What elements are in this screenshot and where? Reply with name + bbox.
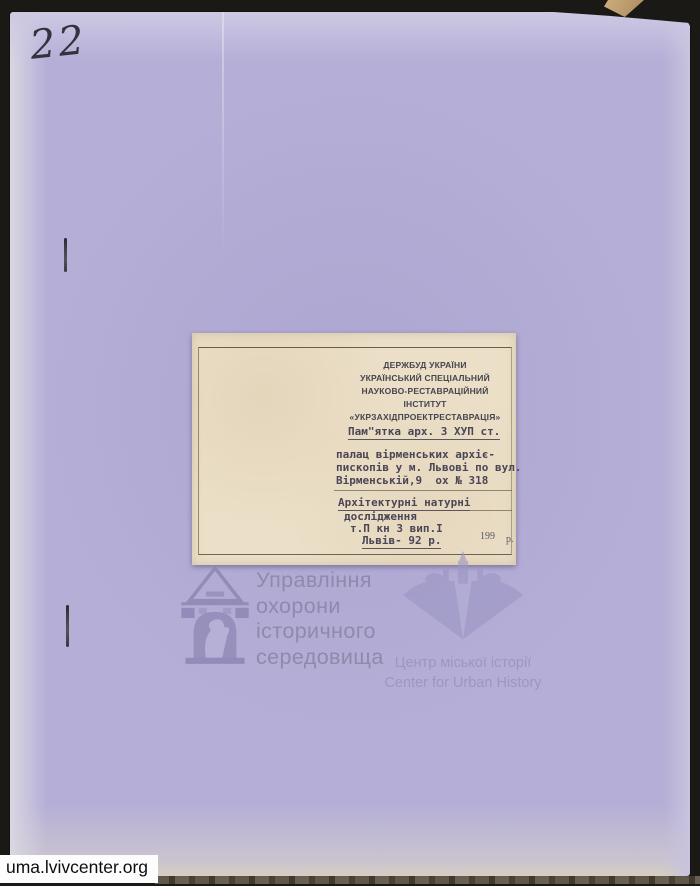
institute-label: ДЕРЖБУД УКРАЇНИ УКРАЇНСЬКИЙ СПЕЦІАЛЬНИЙ … (192, 333, 516, 565)
scanned-document: 22 ДЕРЖБУД УКРАЇНИ УКРАЇНСЬКИЙ СПЕЦІАЛЬН… (0, 0, 700, 886)
typed-work-text: Архітектурні натурні (338, 496, 470, 511)
staple-mark-top (64, 238, 67, 272)
typed-city-year: Львів- 92 р. (362, 535, 441, 547)
typed-title: Пам"ятка арх. З ХУП ст. (348, 426, 500, 438)
printed-year-suffix: р. (506, 534, 514, 545)
header-line: «УКРЗАХІДПРОЕКТРЕСТАВРАЦІЯ» (320, 411, 530, 424)
watermark-line: історичного (256, 619, 384, 645)
typed-city-year-text: Львів- 92 р. (362, 534, 441, 549)
header-line: ІНСТИТУТ (320, 398, 530, 411)
watermark-line: Center for Urban History (368, 673, 558, 693)
typed-object-line: палац вірменських архіє- (336, 449, 495, 461)
cover-page: 22 ДЕРЖБУД УКРАЇНИ УКРАЇНСЬКИЙ СПЕЦІАЛЬН… (10, 12, 690, 876)
printed-rule-line (334, 490, 512, 491)
handwritten-page-number: 22 (28, 17, 89, 69)
typed-title-text: Пам"ятка арх. З ХУП ст. (348, 425, 500, 440)
header-line: ДЕРЖБУД УКРАЇНИ (320, 359, 530, 372)
heritage-office-logo-icon (176, 566, 254, 668)
typed-object-line: пископів у м. Львові по вул. (336, 462, 521, 474)
paper-crease (222, 12, 224, 262)
printed-rule-line (470, 510, 512, 511)
printed-year-blank: 199 (480, 531, 495, 542)
source-watermark-label: uma.lvivcenter.org (0, 855, 158, 883)
header-line: НАУКОВО-РЕСТАВРАЦІЙНИЙ (320, 385, 530, 398)
urban-history-watermark: Центр міської історії Center for Urban H… (368, 548, 558, 693)
typed-work-line: Архітектурні натурні (338, 497, 470, 509)
urban-history-logo-icon (374, 548, 552, 648)
typed-object-line: Вірменській,9 ох № 318 (336, 475, 488, 487)
watermark-line: охорони (256, 594, 384, 620)
heritage-office-watermark-text: Управління охорони історичного середовищ… (256, 568, 384, 670)
label-header: ДЕРЖБУД УКРАЇНИ УКРАЇНСЬКИЙ СПЕЦІАЛЬНИЙ … (320, 359, 530, 424)
page-block-edge-texture (155, 876, 700, 884)
watermark-line: середовища (256, 645, 384, 671)
watermark-line: Центр міської історії (368, 653, 558, 673)
watermark-line: Управління (256, 568, 384, 594)
header-line: УКРАЇНСЬКИЙ СПЕЦІАЛЬНИЙ (320, 372, 530, 385)
staple-mark-bottom (66, 605, 69, 647)
